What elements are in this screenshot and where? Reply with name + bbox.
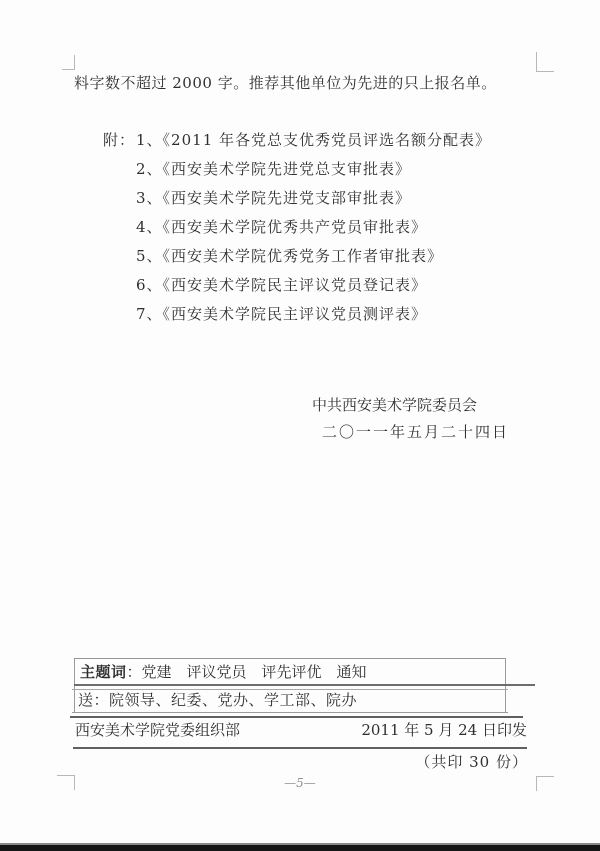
signature-organization: 中共西安美术学院委员会 (312, 394, 477, 415)
subject-row: 主题词：党建 评议党员 评先评优 通知 (80, 661, 500, 683)
attachment-item: 4、《西安美术学院优秀共产党员审批表》 (103, 213, 533, 242)
table-divider-subject-bottom (74, 684, 535, 686)
send-row: 送：院领导、纪委、党办、学工部、院办 (78, 690, 498, 711)
issuer-row: 西安美术学院党委组织部 2011 年 5 月 24 日印发 (75, 720, 527, 741)
attachment-item: 2、《西安美术学院先进党总支审批表》 (103, 155, 533, 184)
attachment-item: 5、《西安美术学院优秀党务工作者审批表》 (103, 242, 533, 271)
table-divider-issuer-top (70, 716, 523, 718)
page-number: —5— (0, 776, 600, 790)
attachments-label: 附： (103, 131, 136, 149)
table-border-top (74, 658, 506, 659)
issuer-name: 西安美术学院党委组织部 (75, 720, 240, 741)
document-page: 料字数不超过 2000 字。推荐其他单位为先进的只上报名单。 附：1、《2011… (0, 0, 600, 851)
table-rule-bottom (73, 747, 527, 749)
body-paragraph: 料字数不超过 2000 字。推荐其他单位为先进的只上报名单。 (74, 73, 544, 94)
crop-mark-top-right-icon (536, 52, 554, 72)
copies-note: （共印 30 份） (327, 751, 528, 772)
attachment-item: 6、《西安美术学院民主评议党员登记表》 (103, 271, 533, 300)
attachment-title: 1、《2011 年各党总支优秀党员评选名额分配表》 (136, 131, 491, 149)
subject-label: 主题词 (80, 663, 127, 681)
table-divider-send-bottom (72, 712, 508, 713)
attachment-item: 3、《西安美术学院先进党支部审批表》 (103, 184, 533, 213)
print-date: 2011 年 5 月 24 日印发 (361, 720, 527, 741)
crop-mark-top-left-icon (62, 55, 75, 70)
scan-edge-shadow (0, 845, 600, 851)
signature-date: 二〇一一年五月二十四日 (322, 421, 509, 442)
attachment-list: 附：1、《2011 年各党总支优秀党员评选名额分配表》 2、《西安美术学院先进党… (103, 126, 533, 329)
subject-terms: ：党建 评议党员 评先评优 通知 (127, 663, 367, 681)
attachment-item: 附：1、《2011 年各党总支优秀党员评选名额分配表》 (103, 126, 533, 155)
attachment-item: 7、《西安美术学院民主评议党员测评表》 (103, 300, 533, 329)
